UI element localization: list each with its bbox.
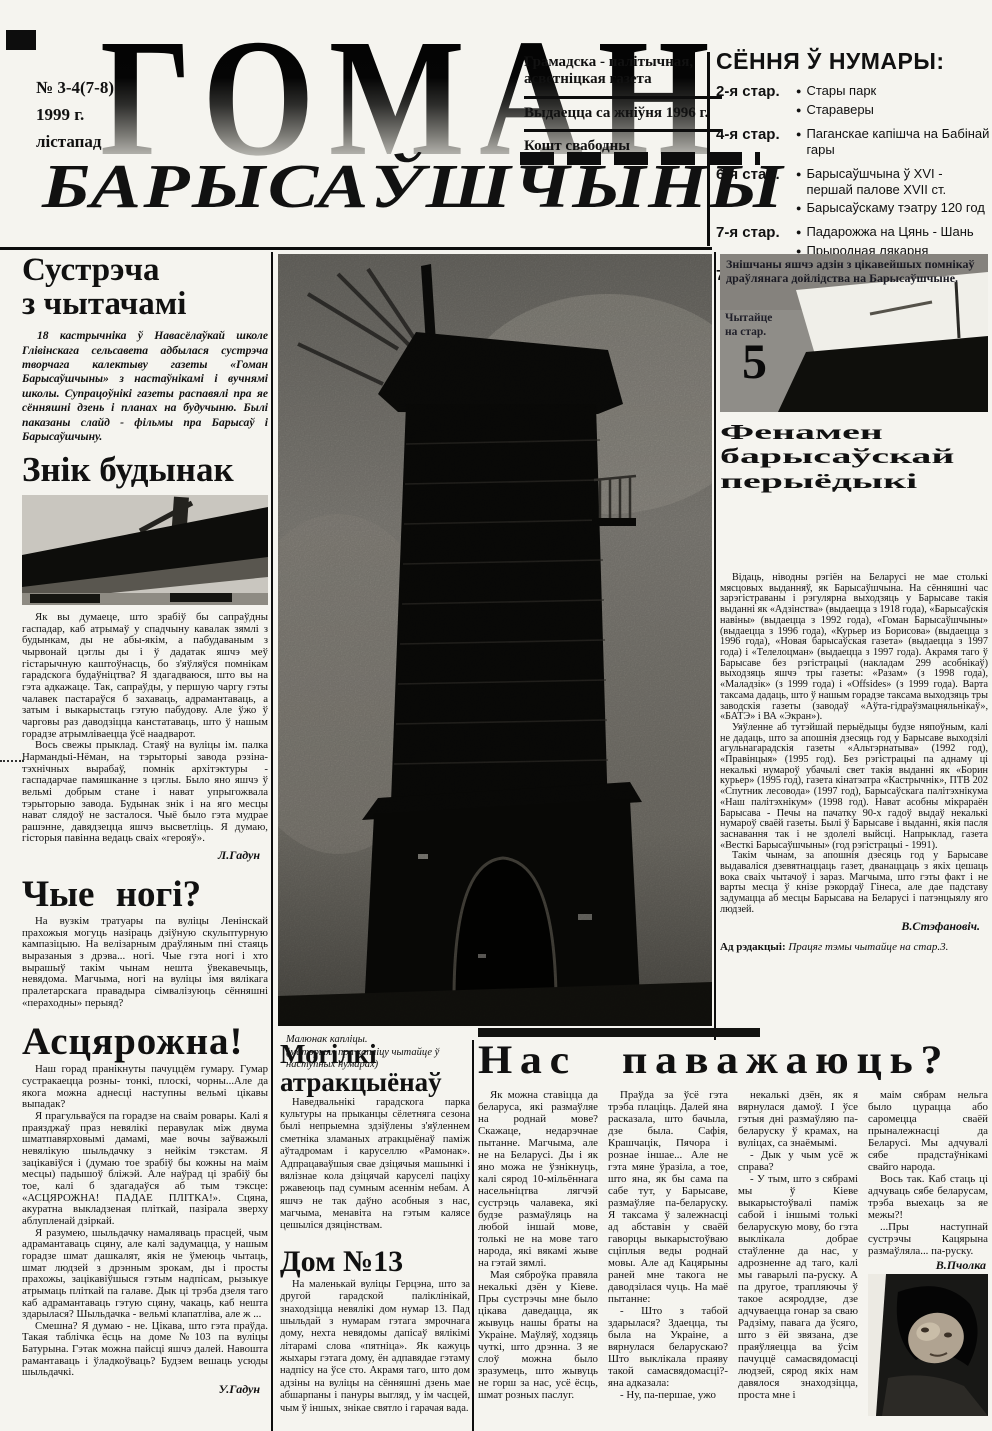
paper-type: Грамадска - палітычная, асветніцкая газе… (524, 52, 722, 95)
masthead-bottom-rule (0, 247, 712, 250)
bullet-icon: ● (796, 83, 801, 100)
info-divider (524, 129, 722, 132)
respect-columns: Як можна ставіцца да беларуса, які разма… (478, 1089, 990, 1416)
paragraph: маім сябрам нельга было цурацца або саро… (868, 1089, 988, 1173)
respect-column-3: некалькі дзён, як я вярнулася дамоў. І ў… (738, 1089, 858, 1416)
bullet-icon: ● (796, 224, 801, 241)
toc-item-label: Стары парк (806, 83, 876, 100)
toc-entry: 4-я стар. ●Паганскае капішча на Бабінай … (716, 126, 990, 161)
paper-type-line1: Грамадска - палітычная, (524, 54, 722, 71)
toc-entry: 6-я стар. ●Барысаўшчына ў XVI - першай п… (716, 166, 990, 220)
article-title-careful: Асцярожна! (22, 1019, 268, 1064)
toc-entry: 2-я стар. ●Стары парк ●Стараверы (716, 83, 990, 121)
article-body-meet: 18 кастрычніка ў Навасёлаўкай школе Глів… (22, 329, 268, 444)
newspaper-front-page: № 3-4(7-8) 1999 г. лістапад ГОМАН БАРЫСА… (0, 0, 992, 1431)
paragraph: - У тым, што з сябрамі мы ў Кіеве выкары… (738, 1173, 858, 1401)
toc-item-label: Стараверы (806, 102, 873, 119)
respect-column-2: Праўда за ўсё гэта трэба плаціць. Далей … (608, 1089, 728, 1416)
article-title-cemetery: Могілкі атракцыёнаў (280, 1040, 470, 1097)
article-body-vanished: Як вы думаеце, што зрабіў бы сапраўдны г… (22, 612, 268, 845)
dotted-margin-mark (0, 760, 24, 762)
respect-column-4: маім сябрам нельга было цурацца або саро… (868, 1089, 988, 1416)
toc-item-label: Барысаўскаму тэатру 120 год (806, 200, 984, 217)
paragraph: Відаць, ніводны рэгіён на Беларусі не ма… (720, 573, 988, 723)
article-body-house13: На маленькай вуліцы Герцэна, што за друг… (280, 1279, 470, 1415)
toc-item-label: Паганскае капішча на Бабінай гары (806, 126, 990, 159)
paragraph: Як можна ставіцца да беларуса, які разма… (478, 1089, 598, 1269)
chapel-artwork-image (278, 254, 712, 1026)
article-body-cemetery: Наведвальнікі гарадскога парка культуры … (280, 1097, 470, 1233)
article-title-phenomenon: Фенамен барысаўскай перыёдыкі (720, 420, 988, 493)
toc-title: СЁННЯ Ў НУМАРЫ: (716, 48, 990, 75)
article-title-respect: Нас паважаюць? (478, 1040, 990, 1080)
paragraph: - Дык у чым усё ж справа? (738, 1149, 858, 1173)
article-respect: Нас паважаюць? Як можна ставіцца да бела… (478, 1028, 990, 1431)
title-line: з чытачамі (22, 288, 268, 322)
corner-print-mark (6, 30, 36, 50)
article-title-meet: Сустрэча з чытачамі (22, 254, 268, 321)
bullet-icon: ● (796, 126, 801, 159)
left-column: Сустрэча з чытачамі 18 кастрычніка ў Нав… (22, 254, 268, 1429)
info-divider (524, 96, 722, 99)
paragraph: Праўда за ўсё гэта трэба плаціць. Далей … (608, 1089, 728, 1305)
paragraph: Я разумею, шыльдачку намаляваць прасцей,… (22, 1228, 268, 1321)
author-signature: У.Гадун (22, 1382, 260, 1397)
editor-note: Ад рэдакцыі: Працяг тэмы чытайце на стар… (720, 941, 988, 954)
paragraph: Уяўленне аб тутэйшай перыёдыцы будзе няп… (720, 723, 988, 851)
paragraph: - Ну, па-першае, ужо (608, 1389, 728, 1401)
paragraph: Мая сяброўка правяла некалькі дзён у Кіе… (478, 1269, 598, 1401)
page-number-five: 5 (742, 332, 767, 390)
paragraph: Вось свежы прыклад. Стаяў на вуліцы ім. … (22, 740, 268, 845)
paragraph: Наведвальнікі гарадскога парка культуры … (280, 1097, 470, 1233)
article-title-legs: Чые ногі? (22, 873, 268, 916)
woman-portrait-photo (868, 1274, 988, 1416)
author-signature: В.Пчолка (868, 1259, 986, 1272)
paragraph: Наш горад пранікнуты пачуццём гумару. Гу… (22, 1064, 268, 1111)
article-body-legs: На вузкім тратуары па вуліцы Ленінскай п… (22, 916, 268, 1009)
paragraph: Такім чынам, за апошнія дзесяць год у Ба… (720, 851, 988, 915)
paper-since: Выдаецца са жніўня 1996 г. (524, 103, 722, 128)
toc-page-label: 4-я стар. (716, 126, 796, 161)
bottom-left-column: Могілкі атракцыёнаў Наведвальнікі гарадс… (280, 1040, 470, 1430)
respect-column-1: Як можна ставіцца да беларуса, які разма… (478, 1089, 598, 1416)
bullet-icon: ● (796, 200, 801, 217)
author-signature: Л.Гадун (22, 848, 260, 863)
toc-page-label: 2-я стар. (716, 83, 796, 121)
bullet-icon: ● (796, 102, 801, 119)
paragraph: Вось так. Каб стаць ці адчуваць сябе бел… (868, 1173, 988, 1221)
header-column-divider (707, 52, 710, 246)
paragraph: На маленькай вуліцы Герцэна, што за друг… (280, 1279, 470, 1415)
paragraph: Я прагульваўся па горадзе на сваім ровар… (22, 1111, 268, 1228)
article-body-phenomenon: Відаць, ніводны рэгіён на Беларусі не ма… (720, 573, 988, 916)
author-signature: В.Стэфановіч. (720, 919, 980, 934)
title-line: Сустрэча (22, 254, 268, 288)
column-divider (714, 252, 716, 1040)
paragraph: На вузкім тратуары па вуліцы Ленінскай п… (22, 916, 268, 1009)
paragraph: Смешна? Я думаю - не. Цікава, што гэта п… (22, 1321, 268, 1379)
masthead-info-column: Грамадска - палітычная, асветніцкая газе… (524, 52, 722, 161)
column-divider (271, 252, 273, 1431)
article-body-careful: Наш горад пранікнуты пачуццём гумару. Гу… (22, 1064, 268, 1379)
right-column: Знішчаны яшчэ адзін з цікавейшых помніка… (720, 254, 988, 1040)
paper-type-line2: асветніцкая газета (524, 71, 722, 88)
photo-bottom-strip (478, 1028, 760, 1037)
article-phenomenon: Фенамен барысаўскай перыёдыкі (720, 420, 988, 493)
center-column: Малюнак капліцы. (матэрыял пра капліцу ч… (278, 254, 712, 1072)
editor-note-text: Працяг тэмы чытайце на стар.3. (788, 941, 948, 953)
vanished-building-photo (22, 495, 268, 605)
editor-note-label: Ад рэдакцыі: (720, 941, 786, 953)
destroyed-monument-photo: Знішчаны яшчэ адзін з цікавейшых помніка… (720, 254, 988, 412)
article-title-house13: Дом №13 (280, 1245, 470, 1279)
paragraph: ...Пры наступнай сустрэчы Кацярына разма… (868, 1221, 988, 1257)
paragraph: Як вы думаеце, што зрабіў бы сапраўдны г… (22, 612, 268, 740)
photo-box-caption: Знішчаны яшчэ адзін з цікавейшых помніка… (726, 258, 978, 286)
paragraph: - Што з табой здарылася? Здаецца, ты был… (608, 1305, 728, 1389)
paragraph: некалькі дзён, як я вярнулася дамоў. І ў… (738, 1089, 858, 1149)
article-title-vanished: Знік будынак (22, 452, 268, 488)
toc-item-label: Барысаўшчына ў XVI - першай палове XVII … (806, 166, 990, 199)
column-divider (472, 1040, 474, 1431)
toc-item-label: Падарожжа на Цянь - Шань (806, 224, 973, 241)
bullet-icon: ● (796, 166, 801, 199)
toc-page-label: 6-я стар. (716, 166, 796, 220)
